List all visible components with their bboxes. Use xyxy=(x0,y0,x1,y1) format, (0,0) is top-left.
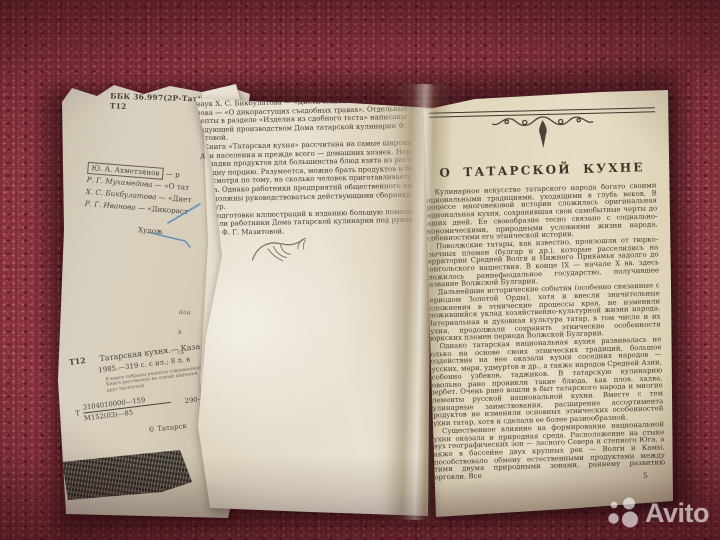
preface-page: наук Х. С. Бикбулатова — «Диетическое пи… xyxy=(150,86,440,518)
chapter-body-text: Кулинарное искусство татарского народа б… xyxy=(421,182,665,482)
preface-page-paper: наук Х. С. Бикбулатова — «Диетическое пи… xyxy=(150,86,440,518)
headpiece-ornament-icon xyxy=(485,113,602,154)
chapter-title: О ТАТАРСКОЙ КУХНЕ xyxy=(429,160,655,180)
chapter-page-paper: О ТАТАРСКОЙ КУХНЕ Кулинарное искусство т… xyxy=(415,85,680,523)
page-number: 5 xyxy=(643,471,648,480)
flourish-ornament-icon xyxy=(247,234,313,270)
avito-watermark: Avito xyxy=(604,497,709,529)
body-paragraph: Существенное влияние на формирование нац… xyxy=(429,421,666,482)
imprint-index: Т12 xyxy=(69,356,87,367)
author-name: Р. Г. Иванова xyxy=(84,199,136,212)
preface-text: наук Х. С. Бикбулатова — «Диетическое пи… xyxy=(196,96,413,238)
avito-watermark-text: Avito xyxy=(645,500,709,527)
avito-logo-icon xyxy=(604,497,641,529)
catalog-prefix: Т xyxy=(75,409,80,417)
body-paragraph: Кулинарное искусство татарского народа б… xyxy=(421,182,658,243)
chapter-page: О ТАТАРСКОЙ КУХНЕ Кулинарное искусство т… xyxy=(415,85,680,523)
body-paragraph: Однако татарская национальная кухня разв… xyxy=(426,336,664,428)
book-photo: ББК 36.997(2Р-Тат) Т12 А в Ю. А. Ахметзя… xyxy=(0,0,720,540)
body-paragraph: Дальнейшие исторические события (особенн… xyxy=(425,282,662,343)
